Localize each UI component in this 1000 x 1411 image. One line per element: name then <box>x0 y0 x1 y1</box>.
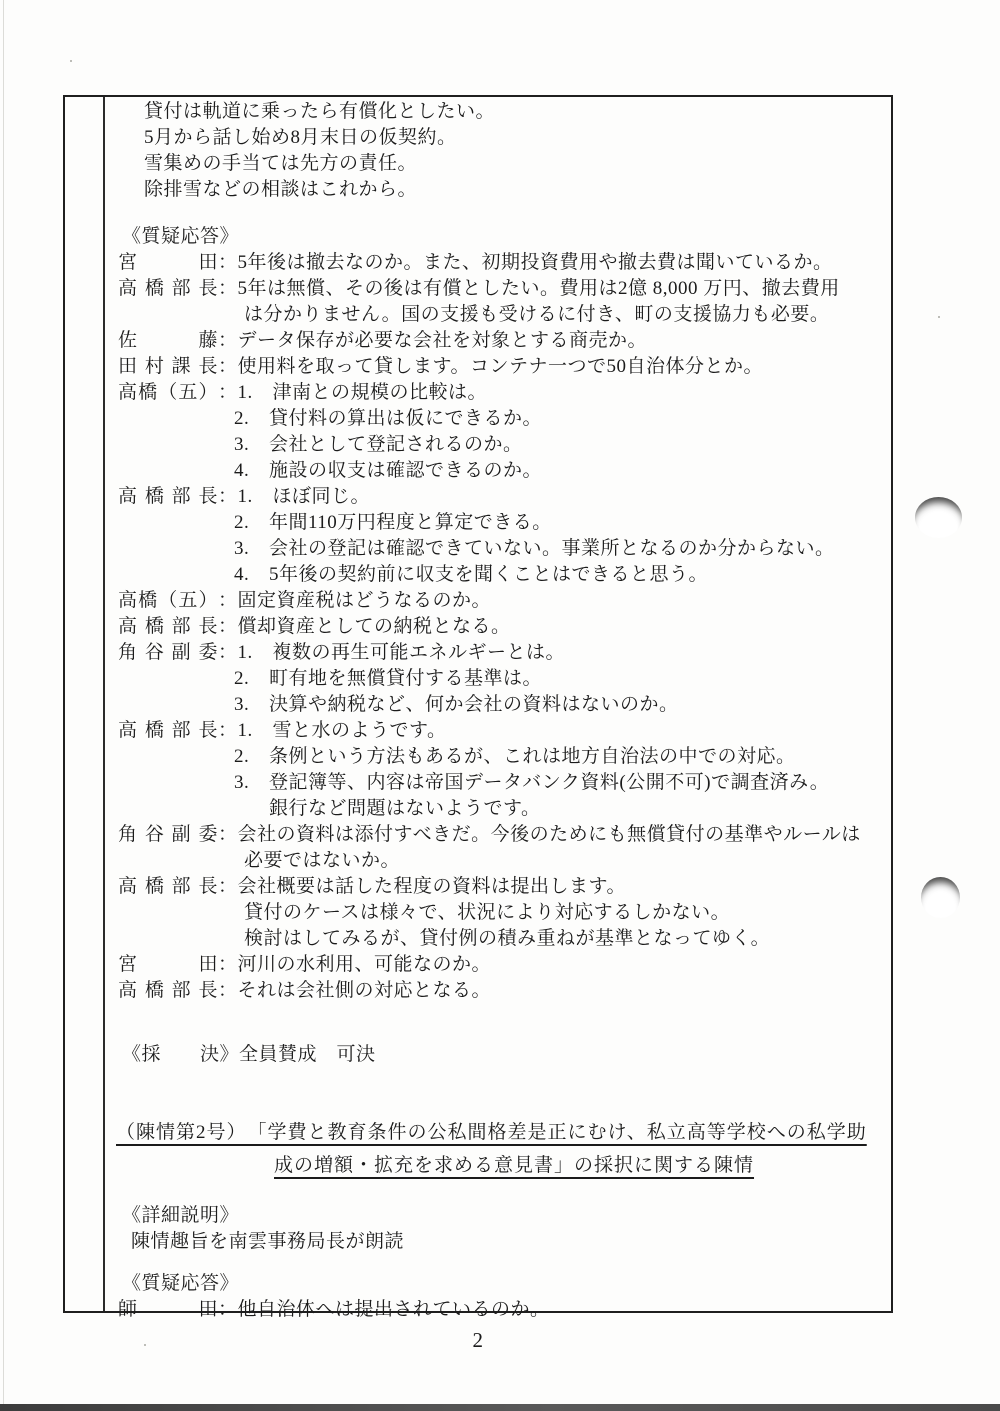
line-text: 陳情趣旨を南雲事務局長が朗読 <box>131 1231 404 1252</box>
transcript-line-item: 2.年間110万円程度と算定できる。 <box>107 510 891 536</box>
line-text: 決算や納税など、何か会社の資料はないのか。 <box>269 694 679 715</box>
transcript-line-heading: 《質疑応答》 <box>107 1271 891 1297</box>
transcript-line-cont: 必要ではないか。 <box>107 848 891 874</box>
transcript-line-item: 3.会社として登記されるのか。 <box>107 432 891 458</box>
transcript-line-speaker-item: 高橋部長：1.ほぼ同じ。 <box>107 484 891 510</box>
line-text: 条例という方法もあるが、これは地方自治法の中での対応。 <box>269 746 796 767</box>
transcript-line-heading: 《採 決》全員賛成 可決 <box>107 1042 891 1068</box>
speaker-colon: ： <box>218 590 238 611</box>
scanned-minutes-page: 貸付は軌道に乗ったら有償化としたい。5月から話し始め8月末日の仮契約。雪集めの手… <box>0 0 1000 1411</box>
line-text: 津南との規模の比較は。 <box>273 382 488 403</box>
transcript-line-speaker: 角谷副委：会社の資料は添付すべきだ。今後のためにも無償貸付の基準やルールは <box>107 822 891 848</box>
line-text: 《詳細説明》 <box>122 1205 239 1226</box>
speaker-name: 田村課長 <box>118 354 218 380</box>
line-text: 償却資産としての納税となる。 <box>238 616 511 637</box>
line-text: それは会社側の対応となる。 <box>238 980 492 1001</box>
transcript-line-plain: 5月から話し始め8月末日の仮契約。 <box>107 125 891 151</box>
speaker-colon: ： <box>218 252 238 273</box>
line-text: 雪と水のようです。 <box>273 720 447 741</box>
line-text: 貸付料の算出は仮にできるか。 <box>269 408 542 429</box>
item-number: 2. <box>234 406 269 432</box>
item-number: 3. <box>234 536 269 562</box>
transcript-line-title2: 成の増額・拡充を求める意見書」の採択に関する陳情 <box>107 1149 891 1182</box>
transcript-line-blank <box>107 1068 891 1092</box>
transcript-line-blank <box>107 1255 891 1271</box>
line-text: 会社概要は話した程度の資料は提出します。 <box>238 876 626 897</box>
transcript-line-item: 3.会社の登記は確認できていない。事業所となるのか分からない。 <box>107 536 891 562</box>
line-text: ほぼ同じ。 <box>273 486 371 507</box>
scan-edge-left <box>3 0 4 1404</box>
transcript-line-item: 3.登記簿等、内容は帝国データバンク資料(公開不可)で調査済み。 <box>107 770 891 796</box>
speaker-name: 高橋部長 <box>118 978 218 1004</box>
transcript-line-speaker: 佐藤：データ保存が必要な会社を対象とする商売か。 <box>107 328 891 354</box>
speaker-name: 宮田 <box>118 250 218 276</box>
line-text: 貸付は軌道に乗ったら有償化としたい。 <box>144 101 495 122</box>
line-text: 登記簿等、内容は帝国データバンク資料(公開不可)で調査済み。 <box>269 772 829 793</box>
transcript-line-speaker-item: 角谷副委：1.複数の再生可能エネルギーとは。 <box>107 640 891 666</box>
transcript-line-item: 2.条例という方法もあるが、これは地方自治法の中での対応。 <box>107 744 891 770</box>
line-text: 5年後は撤去なのか。また、初期投資費用や撤去費は聞いているか。 <box>238 252 833 273</box>
speaker-name: 宮田 <box>118 952 218 978</box>
line-text: 必要ではないか。 <box>244 850 400 871</box>
line-text: 5年は無償、その後は有償としたい。費用は2億 8,000 万円、撤去費用 <box>238 278 840 299</box>
speaker-name: 師田 <box>118 1297 218 1323</box>
punch-hole-bottom <box>921 877 960 918</box>
line-text: 検討はしてみるが、貸付例の積み重ねが基準となってゆく。 <box>244 928 770 949</box>
speaker-colon: ： <box>218 1299 238 1320</box>
speaker-colon: ： <box>218 824 238 845</box>
line-text: 年間110万円程度と算定できる。 <box>269 512 552 533</box>
transcript: 貸付は軌道に乗ったら有償化としたい。5月から話し始め8月末日の仮契約。雪集めの手… <box>107 99 891 1323</box>
item-number: 3. <box>234 770 269 796</box>
transcript-line-speaker: 高橋部長：償却資産としての納税となる。 <box>107 614 891 640</box>
line-text: 成の増額・拡充を求める意見書」の採択に関する陳情 <box>274 1155 754 1176</box>
line-text: 会社として登記されるのか。 <box>269 434 523 455</box>
speaker-colon: ： <box>218 980 238 1001</box>
transcript-line-cont: 検討はしてみるが、貸付例の積み重ねが基準となってゆく。 <box>107 926 891 952</box>
transcript-line-cont: は分かりません。国の支援も受けるに付き、町の支援協力も必要。 <box>107 302 891 328</box>
item-number: 3. <box>234 692 269 718</box>
speaker-name: 角谷副委 <box>118 822 218 848</box>
line-text: 会社の登記は確認できていない。事業所となるのか分からない。 <box>269 538 835 559</box>
speaker-name: 高橋部長 <box>118 718 218 744</box>
speaker-colon: ： <box>218 486 238 507</box>
transcript-line-speaker-item: 高橋部長：1.雪と水のようです。 <box>107 718 891 744</box>
scan-speck <box>70 60 72 62</box>
line-text: 除排雪などの相談はこれから。 <box>144 179 417 200</box>
page-number: 2 <box>0 1328 956 1353</box>
transcript-line-speaker: 田村課長：使用料を取って貸します。コンテナ一つで50自治体分とか。 <box>107 354 891 380</box>
transcript-line-speaker: 高橋（五）：固定資産税はどうなるのか。 <box>107 588 891 614</box>
transcript-line-item: 2.町有地を無償貸付する基準は。 <box>107 666 891 692</box>
transcript-line-speaker: 宮田：河川の水利用、可能なのか。 <box>107 952 891 978</box>
speaker-colon: ： <box>218 356 238 377</box>
line-text: 《採 決》全員賛成 可決 <box>122 1044 376 1065</box>
speaker-colon: ： <box>218 382 238 403</box>
scan-edge-bottom <box>0 1404 1000 1411</box>
speaker-colon: ： <box>218 642 238 663</box>
speaker-colon: ： <box>218 876 238 897</box>
line-text: 固定資産税はどうなるのか。 <box>238 590 492 611</box>
line-text: 町有地を無償貸付する基準は。 <box>269 668 542 689</box>
speaker-name: 高橋部長 <box>118 276 218 302</box>
transcript-line-speaker: 宮田：5年後は撤去なのか。また、初期投資費用や撤去費は聞いているか。 <box>107 250 891 276</box>
transcript-line-heading: 《質疑応答》 <box>107 224 891 250</box>
item-number: 1. <box>238 718 273 744</box>
line-text: 貸付のケースは様々で、状況により対応するしかない。 <box>244 902 730 923</box>
line-text: 銀行など問題はないようです。 <box>269 798 540 819</box>
transcript-line-item: 3.決算や納税など、何か会社の資料はないのか。 <box>107 692 891 718</box>
line-text: 《質疑応答》 <box>122 1273 239 1294</box>
line-text: 5年後の契約前に収支を聞くことはできると思う。 <box>269 564 708 585</box>
speaker-name: 高橋部長 <box>118 484 218 510</box>
item-number: 4. <box>234 458 269 484</box>
item-number: 2. <box>234 666 269 692</box>
speaker-colon: ： <box>218 720 238 741</box>
item-number: 4. <box>234 562 269 588</box>
line-text: 5月から話し始め8月末日の仮契約。 <box>144 127 457 148</box>
speaker-colon: ： <box>218 330 238 351</box>
speaker-name: 高橋（五） <box>118 588 218 614</box>
item-number: 1. <box>238 484 273 510</box>
table-margin-column <box>65 97 105 1311</box>
speaker-colon: ： <box>218 278 238 299</box>
transcript-line-blank <box>107 203 891 224</box>
speaker-colon: ： <box>218 954 238 975</box>
transcript-line-item: 2.貸付料の算出は仮にできるか。 <box>107 406 891 432</box>
line-text: 使用料を取って貸します。コンテナ一つで50自治体分とか。 <box>238 356 763 377</box>
transcript-line-plain: 雪集めの手当ては先方の責任。 <box>107 151 891 177</box>
line-text: 複数の再生可能エネルギーとは。 <box>273 642 566 663</box>
transcript-line-speaker: 高橋部長：それは会社側の対応となる。 <box>107 978 891 1004</box>
transcript-line-speaker: 高橋部長：会社概要は話した程度の資料は提出します。 <box>107 874 891 900</box>
line-text: 雪集めの手当ては先方の責任。 <box>144 153 417 174</box>
transcript-line-title1: （陳情第2号） 「学費と教育条件の公私間格差是正にむけ、私立高等学校への私学助 <box>107 1116 891 1149</box>
transcript-line-blank <box>107 1004 891 1042</box>
line-text: 施設の収支は確認できるのか。 <box>269 460 542 481</box>
transcript-line-cont-item: 銀行など問題はないようです。 <box>107 796 891 822</box>
transcript-line-cont: 貸付のケースは様々で、状況により対応するしかない。 <box>107 900 891 926</box>
item-number: 2. <box>234 744 269 770</box>
transcript-line-plain: 除排雪などの相談はこれから。 <box>107 177 891 203</box>
item-number: 3. <box>234 432 269 458</box>
punch-hole-top <box>915 497 962 538</box>
speaker-name: 高橋部長 <box>118 614 218 640</box>
transcript-line-blank <box>107 1092 891 1116</box>
transcript-line-heading: 《詳細説明》 <box>107 1203 891 1229</box>
speaker-name: 高橋部長 <box>118 874 218 900</box>
item-number: 2. <box>234 510 269 536</box>
scan-speck <box>938 316 940 318</box>
line-text: 河川の水利用、可能なのか。 <box>238 954 492 975</box>
speaker-name: 角谷副委 <box>118 640 218 666</box>
transcript-line-plain: 貸付は軌道に乗ったら有償化としたい。 <box>107 99 891 125</box>
transcript-line-item: 4.5年後の契約前に収支を聞くことはできると思う。 <box>107 562 891 588</box>
speaker-colon: ： <box>218 616 238 637</box>
transcript-line-plain2: 陳情趣旨を南雲事務局長が朗読 <box>107 1229 891 1255</box>
line-text: データ保存が必要な会社を対象とする商売か。 <box>238 330 648 351</box>
item-number: 1. <box>238 380 273 406</box>
line-text: （陳情第2号） 「学費と教育条件の公私間格差是正にむけ、私立高等学校への私学助 <box>116 1122 867 1143</box>
line-text: 会社の資料は添付すべきだ。今後のためにも無償貸付の基準やルールは <box>238 824 861 845</box>
transcript-line-speaker: 師田：他自治体へは提出されているのか。 <box>107 1297 891 1323</box>
line-text: 《質疑応答》 <box>122 226 239 247</box>
minutes-table: 貸付は軌道に乗ったら有償化としたい。5月から話し始め8月末日の仮契約。雪集めの手… <box>63 95 893 1313</box>
transcript-line-speaker: 高橋部長：5年は無償、その後は有償としたい。費用は2億 8,000 万円、撤去費… <box>107 276 891 302</box>
line-text: 他自治体へは提出されているのか。 <box>238 1299 550 1320</box>
speaker-name: 高橋（五） <box>118 380 218 406</box>
item-number: 1. <box>238 640 273 666</box>
transcript-line-speaker-item: 高橋（五）：1.津南との規模の比較は。 <box>107 380 891 406</box>
line-text: は分かりません。国の支援も受けるに付き、町の支援協力も必要。 <box>244 304 829 325</box>
transcript-line-blank <box>107 1182 891 1203</box>
transcript-line-item: 4.施設の収支は確認できるのか。 <box>107 458 891 484</box>
speaker-name: 佐藤 <box>118 328 218 354</box>
